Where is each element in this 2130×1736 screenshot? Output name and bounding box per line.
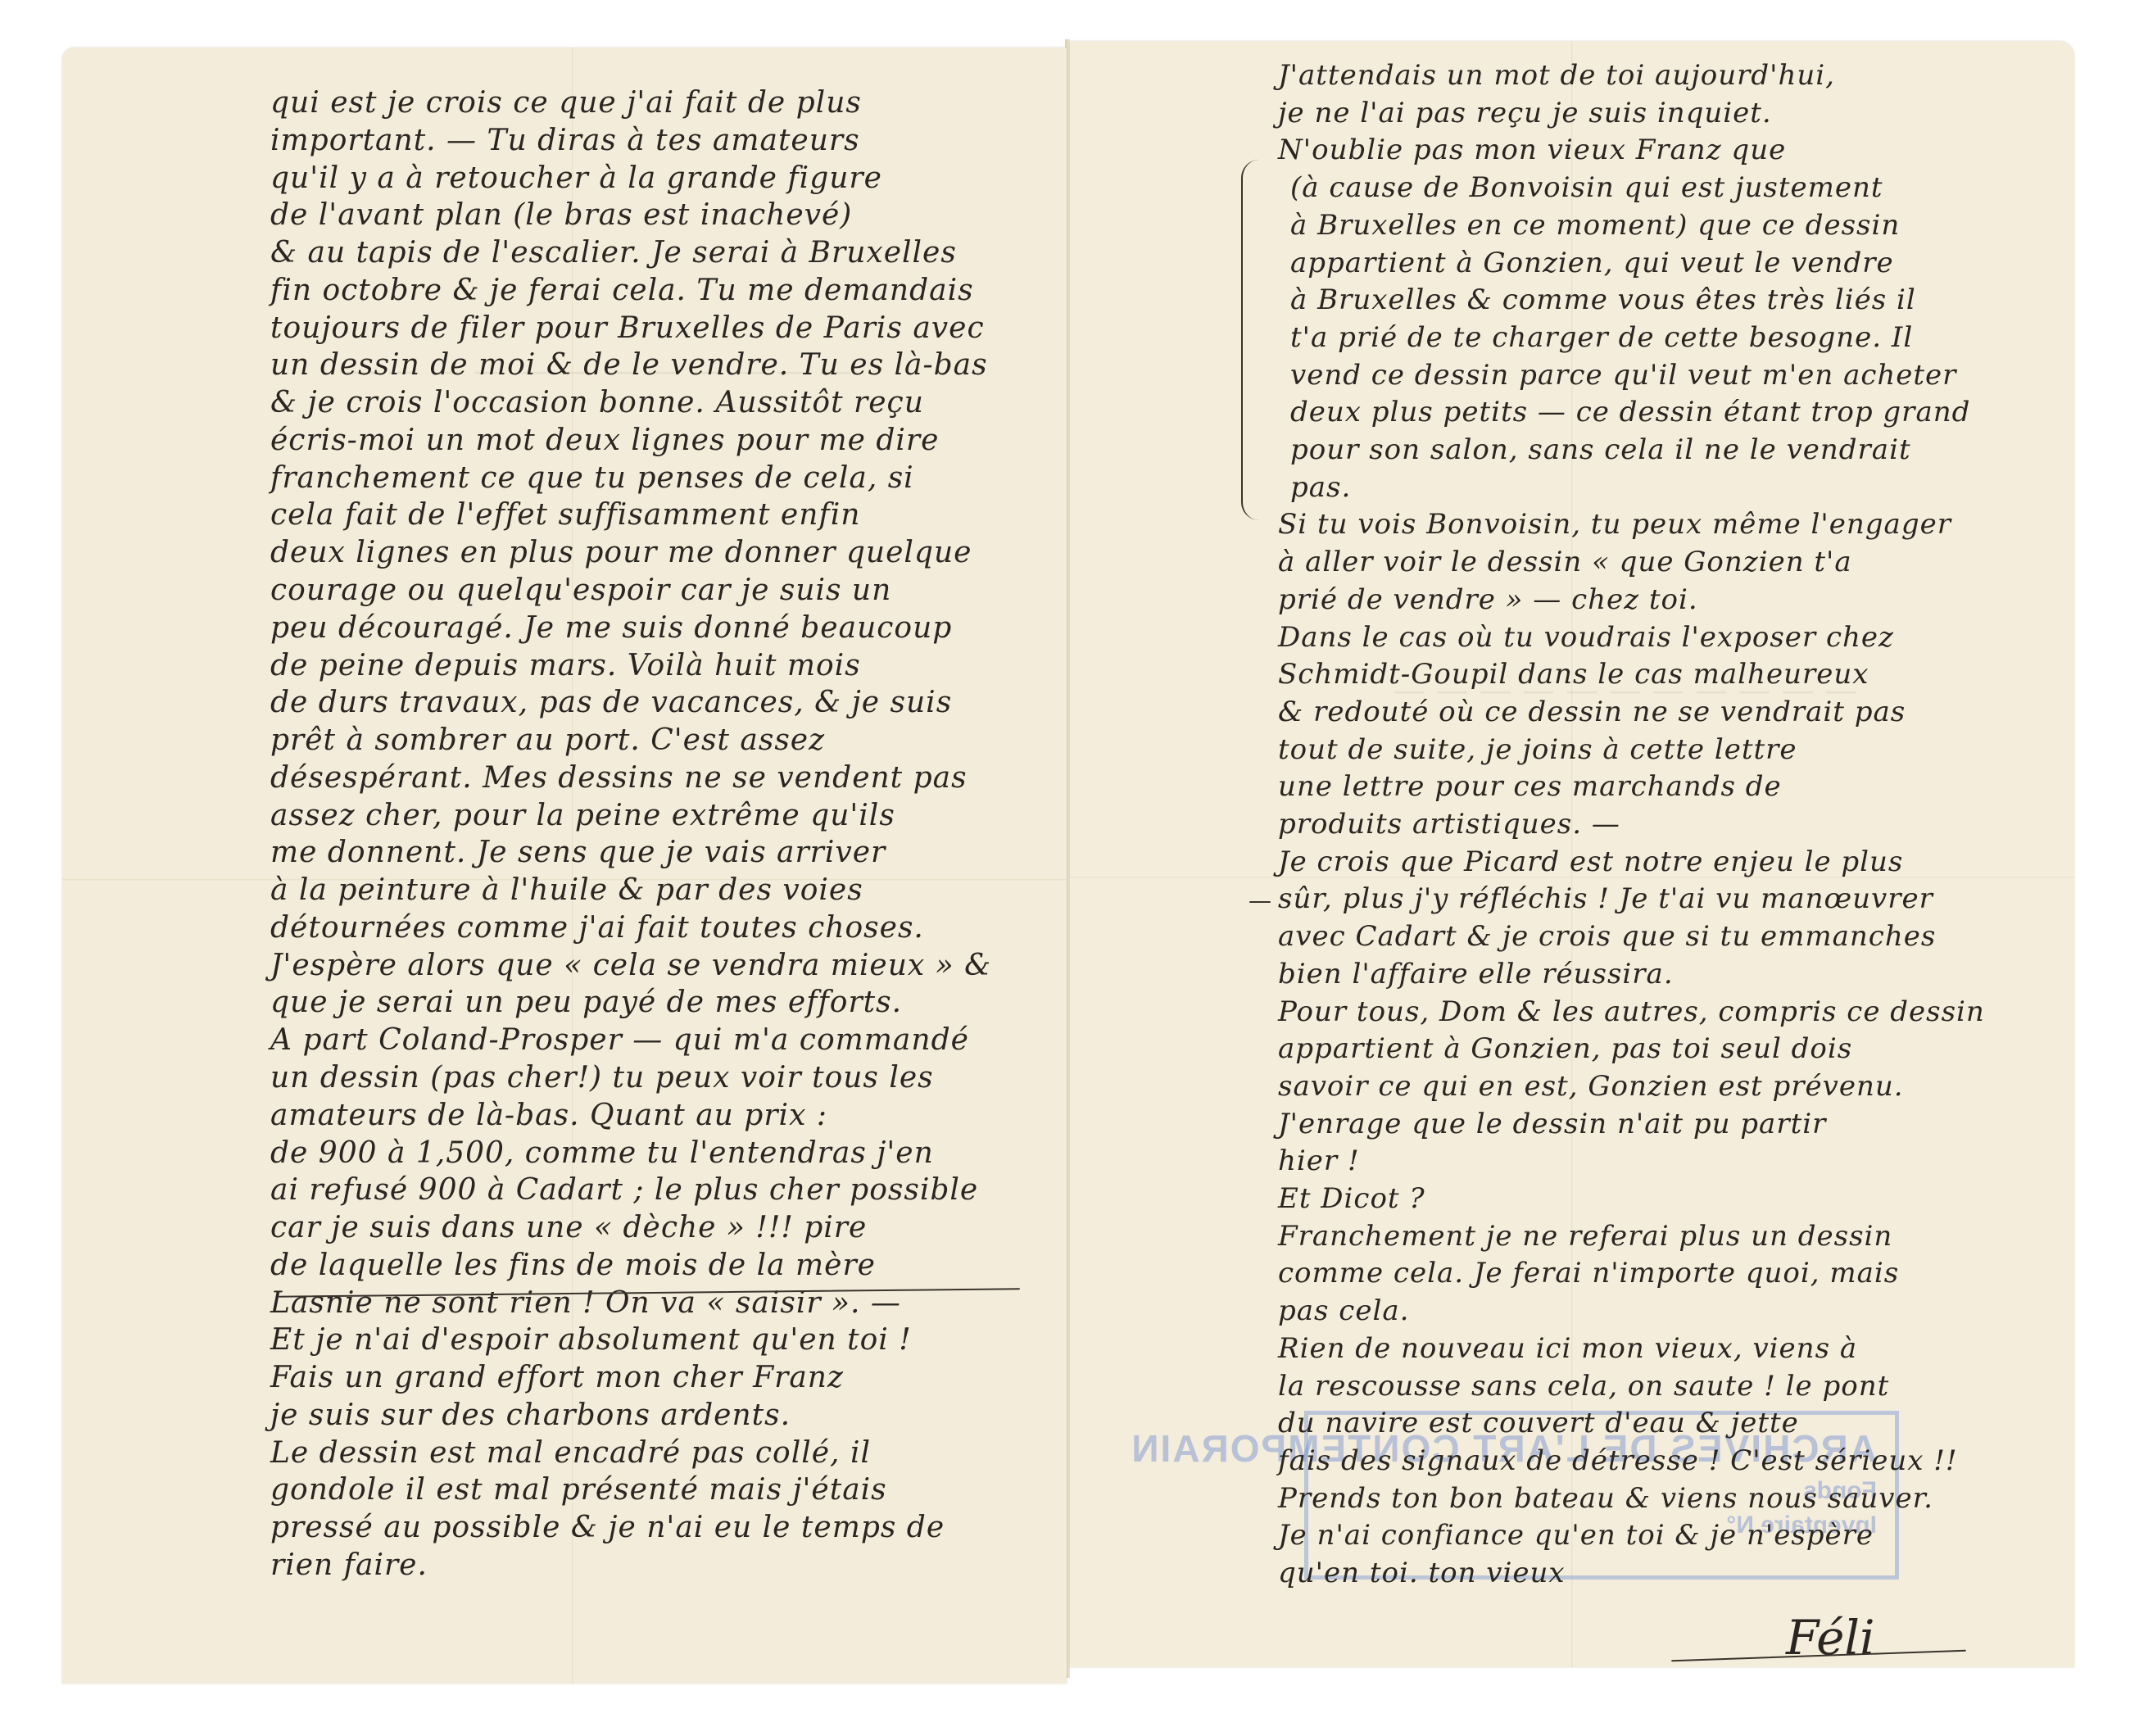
handwritten-line: Et Dicot ? <box>1278 1182 1425 1215</box>
handwritten-line: désespérant. Mes dessins ne se vendent p… <box>270 761 968 795</box>
handwritten-line: A part Coland-Prosper — qui m'a commandé <box>270 1023 969 1057</box>
handwritten-line: J'espère alors que « cela se vendra mieu… <box>270 949 991 982</box>
handwritten-line: je ne l'ai pas reçu je suis inquiet. <box>1278 97 1772 129</box>
handwritten-line: écris-moi un mot deux lignes pour me dir… <box>270 424 939 457</box>
handwritten-line: de durs travaux, pas de vacances, & je s… <box>270 686 952 719</box>
handwritten-line: important. — Tu diras à tes amateurs <box>270 124 860 157</box>
handwritten-line: prêt à sombrer au port. C'est assez <box>270 723 825 757</box>
handwritten-line: N'oublie pas mon vieux Franz que <box>1278 134 1786 166</box>
handwritten-line: Fais un grand effort mon cher Franz <box>270 1361 844 1394</box>
handwritten-line: courage ou quelqu'espoir car je suis un <box>270 573 891 607</box>
handwritten-line: hier ! <box>1278 1144 1360 1177</box>
handwritten-line: qu'en toi. ton vieux <box>1278 1557 1566 1589</box>
handwritten-line: Si tu vois Bonvoisin, tu peux même l'eng… <box>1278 508 1951 541</box>
handwritten-line: un dessin (pas cher!) tu peux voir tous … <box>270 1061 934 1095</box>
handwritten-line: J'attendais un mot de toi aujourd'hui, <box>1278 59 1835 92</box>
handwritten-line: franchement ce que tu penses de cela, si <box>270 461 914 495</box>
handwritten-line: cela fait de l'effet suffisamment enfin <box>270 498 860 532</box>
handwritten-line: appartient à Gonzien, qui veut le vendre <box>1290 247 1894 279</box>
handwritten-line: assez cher, pour la peine extrême qu'ils <box>270 799 895 832</box>
handwritten-line: J'enrage que le dessin n'ait pu partir <box>1278 1108 1826 1140</box>
handwritten-line: ai refusé 900 à Cadart ; le plus cher po… <box>270 1173 978 1207</box>
handwritten-line: Je n'ai confiance qu'en toi & je n'espèr… <box>1278 1519 1874 1552</box>
handwritten-line: à Bruxelles en ce moment) que ce dessin <box>1290 209 1900 242</box>
handwritten-line: amateurs de là-bas. Quant au prix : <box>270 1099 827 1132</box>
handwritten-line: la rescousse sans cela, on saute ! le po… <box>1278 1370 1889 1403</box>
handwritten-line: appartient à Gonzien, pas toi seul dois <box>1278 1032 1852 1065</box>
handwritten-line: prié de vendre » — chez toi. <box>1278 583 1698 616</box>
handwritten-line: deux lignes en plus pour me donner quelq… <box>270 536 972 569</box>
handwritten-line: deux plus petits — ce dessin étant trop … <box>1290 396 1970 428</box>
handwritten-line: gondole il est mal présenté mais j'étais <box>270 1473 887 1507</box>
handwritten-line: du navire est couvert d'eau & jette <box>1278 1407 1799 1439</box>
handwritten-line: pas cela. <box>1278 1294 1409 1327</box>
handwritten-line: t'a prié de te charger de cette besogne.… <box>1290 321 1913 354</box>
handwritten-line: une lettre pour ces marchands de <box>1278 770 1782 803</box>
handwritten-line: de peine depuis mars. Voilà huit mois <box>270 649 861 682</box>
handwritten-line: un dessin de moi & de le vendre. Tu es l… <box>270 348 988 382</box>
handwritten-line: & au tapis de l'escalier. Je serai à Bru… <box>270 236 957 270</box>
handwritten-line: vend ce dessin parce qu'il veut m'en ach… <box>1290 359 1956 392</box>
handwritten-line: Dans le cas où tu voudrais l'exposer che… <box>1278 621 1894 654</box>
handwritten-line: pour son salon, sans cela il ne le vendr… <box>1290 433 1911 466</box>
handwritten-line: Le dessin est mal encadré pas collé, il <box>270 1436 871 1470</box>
handwritten-line: Schmidt-Goupil dans le cas malheureux <box>1278 658 1869 691</box>
handwritten-line: toujours de filer pour Bruxelles de Pari… <box>270 311 985 345</box>
handwritten-line: pressé au possible & je n'ai eu le temps… <box>270 1511 945 1544</box>
handwritten-line: Prends ton bon bateau & viens nous sauve… <box>1278 1482 1933 1515</box>
handwritten-line: à aller voir le dessin « que Gonzien t'a <box>1278 546 1852 578</box>
handwritten-line: peu découragé. Je me suis donné beaucoup <box>270 611 952 645</box>
handwritten-line: produits artistiques. — <box>1278 808 1620 841</box>
handwritten-line: pas. <box>1290 471 1351 504</box>
handwritten-line: car je suis dans une « dèche » !!! pire <box>270 1211 867 1244</box>
handwritten-line: (à cause de Bonvoisin qui est justement <box>1290 171 1883 204</box>
handwritten-line: & je crois l'occasion bonne. Aussitôt re… <box>270 386 924 419</box>
margin-bracket <box>1241 160 1259 520</box>
handwritten-line: sûr, plus j'y réfléchis ! Je t'ai vu man… <box>1278 882 1933 915</box>
handwritten-line: qui est je crois ce que j'ai fait de plu… <box>270 86 862 120</box>
handwritten-line: Et je n'ai d'espoir absolument qu'en toi… <box>270 1323 912 1357</box>
handwritten-line: à Bruxelles & comme vous êtes très liés … <box>1290 283 1916 316</box>
handwritten-line: que je serai un peu payé de mes efforts. <box>270 986 902 1019</box>
margin-dash <box>1249 901 1271 903</box>
handwritten-line: détournées comme j'ai fait toutes choses… <box>270 911 924 945</box>
handwritten-line: de l'avant plan (le bras est inachevé) <box>270 198 852 232</box>
handwritten-line: Rien de nouveau ici mon vieux, viens à <box>1278 1332 1857 1365</box>
handwritten-line: à la peinture à l'huile & par des voies <box>270 873 863 907</box>
handwritten-line: Je crois que Picard est notre enjeu le p… <box>1278 845 1903 878</box>
handwritten-line: avec Cadart & je crois que si tu emmanch… <box>1278 920 1936 953</box>
handwritten-line: je suis sur des charbons ardents. <box>270 1398 791 1432</box>
handwritten-line: bien l'affaire elle réussira. <box>1278 958 1674 990</box>
handwritten-line: savoir ce qui en est, Gonzien est préven… <box>1278 1070 1904 1103</box>
handwritten-line: Franchement je ne referai plus un dessin <box>1278 1220 1892 1253</box>
handwritten-line: de laquelle les fins de mois de la mère <box>270 1249 876 1282</box>
handwritten-line: Pour tous, Dom & les autres, compris ce … <box>1278 995 1985 1028</box>
handwritten-line: me donnent. Je sens que je vais arriver <box>270 836 886 869</box>
handwritten-line: rien faire. <box>270 1548 428 1582</box>
handwritten-line: de 900 à 1,500, comme tu l'entendras j'e… <box>270 1136 934 1170</box>
handwritten-line: tout de suite, je joins à cette lettre <box>1278 733 1797 766</box>
handwritten-line: & redouté où ce dessin ne se vendrait pa… <box>1278 696 1906 728</box>
handwritten-line: qu'il y a à retoucher à la grande figure <box>270 161 882 195</box>
handwritten-line: fin octobre & je ferai cela. Tu me deman… <box>270 274 974 307</box>
handwritten-line: comme cela. Je ferai n'importe quoi, mai… <box>1278 1257 1899 1290</box>
handwritten-line: fais des signaux de détresse ! C'est sér… <box>1278 1444 1958 1477</box>
